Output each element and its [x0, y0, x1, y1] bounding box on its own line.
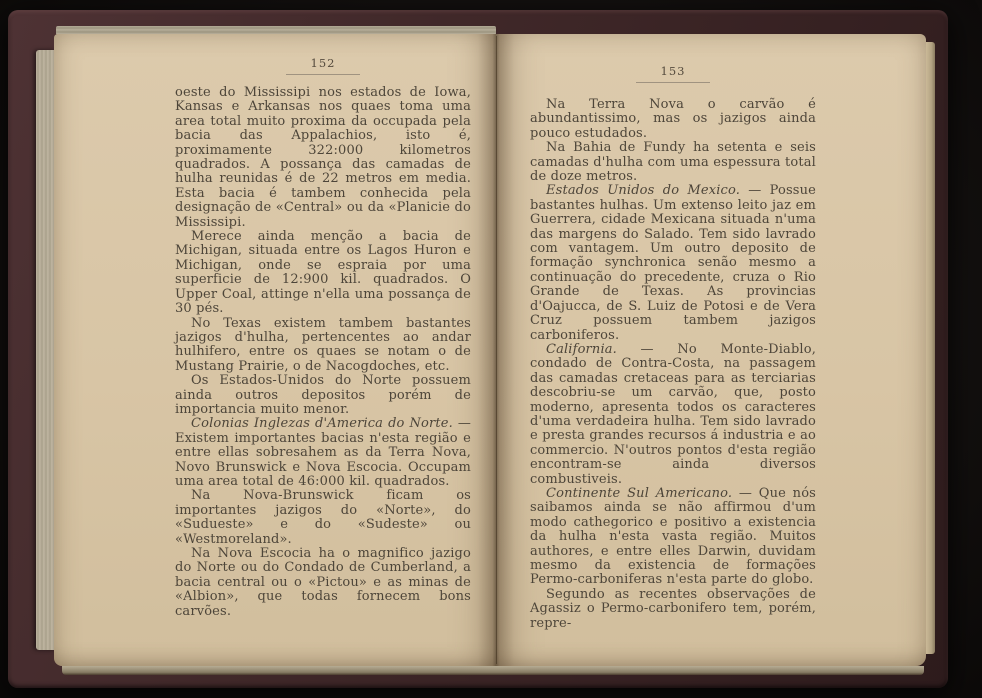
right-page-header: 153 [530, 64, 816, 83]
header-rule [636, 82, 710, 83]
paragraph: Estados Unidos do Mexico. — Possue basta… [530, 184, 816, 342]
header-rule [286, 74, 360, 75]
paragraph: Continente Sul Americano. — Que nós saib… [530, 487, 816, 588]
page-edges-right [926, 42, 935, 654]
page-edges-left [36, 50, 56, 650]
right-page: 153 Na Terra Nova o carvão é abundantiss… [496, 34, 926, 666]
right-page-text: Na Terra Nova o carvão é abundantissimo,… [530, 98, 816, 631]
paragraph: California. — No Monte-Diablo, condado d… [530, 343, 816, 487]
paragraph: Os Estados-Unidos do Norte possuem ainda… [175, 374, 471, 417]
paragraph: Na Nova Escocia ha o magnifico jazigo do… [175, 547, 471, 619]
paragraph: oeste do Mississipi nos estados de Iowa,… [175, 86, 471, 230]
page-number: 153 [530, 64, 816, 78]
paragraph: Na Terra Nova o carvão é abundantissimo,… [530, 98, 816, 141]
book-photo: 152 oeste do Mississipi nos estados de I… [0, 0, 982, 698]
paragraph: Colonias Inglezas d'America do Norte. — … [175, 417, 471, 489]
page-number: 152 [175, 56, 471, 70]
page-edges-bottom [62, 666, 924, 675]
paragraph: Na Nova-Brunswick ficam os importantes j… [175, 489, 471, 547]
paragraph: Na Bahia de Fundy ha setenta e seis cama… [530, 141, 816, 184]
paragraph: Segundo as recentes observações de Agass… [530, 588, 816, 631]
paragraph: No Texas existem tambem bastantes jazigo… [175, 317, 471, 375]
left-page: 152 oeste do Mississipi nos estados de I… [54, 34, 496, 666]
left-page-header: 152 [175, 56, 471, 75]
paragraph: Merece ainda menção a bacia de Michigan,… [175, 230, 471, 316]
left-page-text: oeste do Mississipi nos estados de Iowa,… [175, 86, 471, 619]
